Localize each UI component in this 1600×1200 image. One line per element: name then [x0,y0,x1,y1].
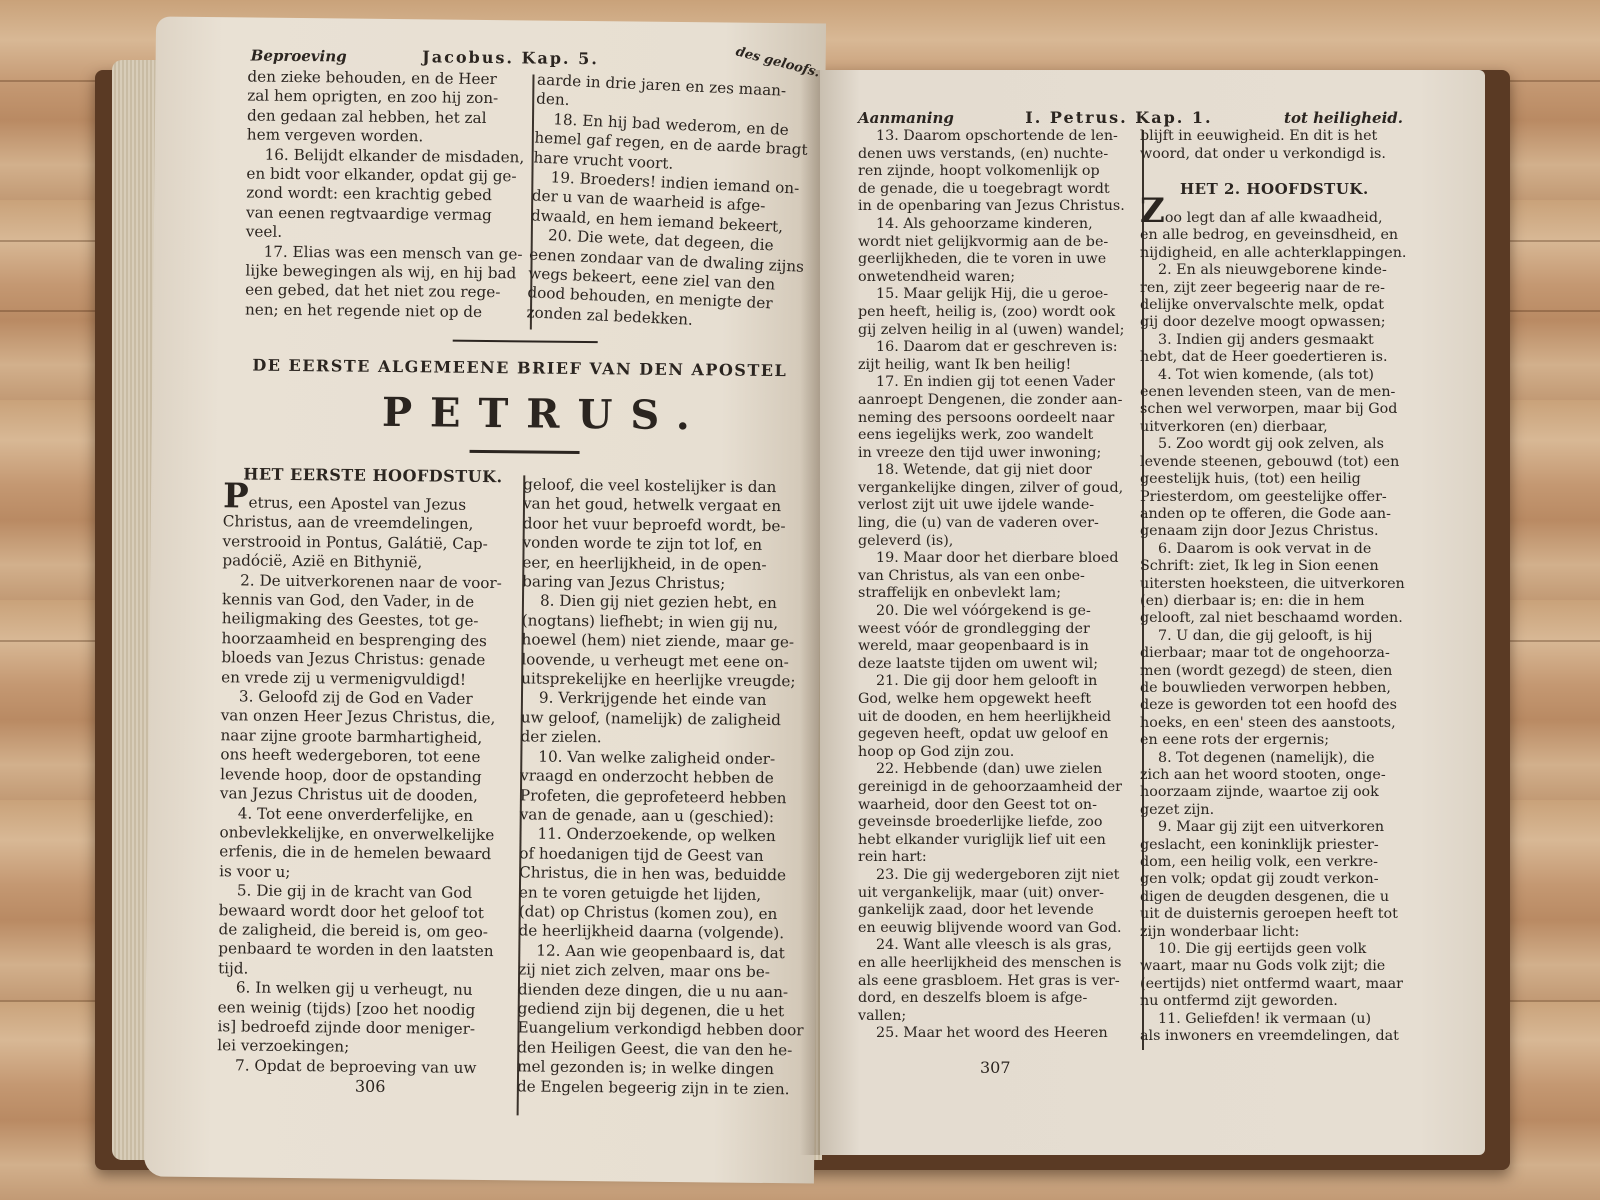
text-line: genaam zijn door Jezus Christus. [1140,523,1405,540]
verse-start-line: 17. En indien gij tot eenen Vader [858,374,1136,392]
ornamental-rule [470,450,580,454]
left-page: Beproeving Jacobus. Kap. 5. des geloofs.… [144,17,826,1184]
right-column-2-top: blijft in eeuwigheid. En dit is hetwoord… [1140,128,1405,163]
text-line: schen wel verworpen, maar bij God [1140,401,1405,418]
text-line: Priesterdom, om geestelijke offer- [1140,489,1405,506]
right-page: Aanmaning I. Petrus. Kap. 1. tot heiligh… [820,70,1485,1155]
verse-start-line: 5. Die gij in de kracht van God [219,881,509,903]
text-line: van eenen regtvaardige vermag [246,203,521,225]
verse-start-line: 25. Maar het woord des Heeren [858,1025,1136,1043]
text-line: van Jezus Christus uit de dooden, [220,784,510,806]
verse-start-line: 4. Tot wien komende, (als tot) [1140,367,1405,384]
text-line: vonden worde te zijn tot lof, en [522,534,812,556]
text-line: erfenis, die in de hemelen bewaard [219,843,509,865]
text-line: hebt elkander vuriglijk lief uit een [858,832,1136,850]
text-line: de Engelen begeerig zijn in te zien. [517,1077,807,1099]
verse-start-line: 13. Daarom opschortende de len- [858,128,1136,146]
text-line: zond wordt: een krachtig gebed [246,184,521,206]
text-line: levende steenen, gebouwd (tot) een [1140,454,1405,471]
verse-start-line: 14. Als gehoorzame kinderen, [858,216,1136,234]
drop-cap: Z [1140,191,1165,231]
text-line: mel gezonden is; in welke dingen [517,1058,807,1080]
text-line: hoorzaam zijnde, waartoe zij ook [1140,784,1405,801]
page-number: 306 [355,1077,386,1096]
text-line: de bouwlieden verworpen hebben, [1140,680,1405,697]
section-rule [453,340,598,344]
verse-start-line: 24. Want alle vleesch is als gras, [858,937,1136,955]
text-line: waart, maar nu Gods volk zijt; die [1140,958,1405,975]
running-head-right-label: tot heiligheid. [1284,109,1403,127]
text-line: uit de dooden, en hem heerlijkheid [858,709,1136,727]
text-line: geveinsde broederlijke liefde, zoo [858,814,1136,832]
verse-start-line: 11. Geliefden! ik vermaan (u) [1140,1011,1405,1028]
text-line: in vreeze den tijd uwer inwoning; [858,445,1136,463]
text-line: een gebed, dat het niet zou rege- [245,281,520,303]
drop-cap: P [223,476,249,516]
text-line: vraagd en onderzocht hebben de [520,766,810,788]
verse-start-line: 10. Die gij eertijds geen volk [1140,941,1405,958]
running-head-left: Beproeving Jacobus. Kap. 5. des geloofs. [251,46,821,71]
text-line: blijft in eeuwigheid. En dit is het [1140,128,1405,146]
text-line: nijdigheid, en alle achterklappingen. [1140,245,1405,262]
text-line: woord, dat onder u verkondigd is. [1140,146,1405,164]
text-line: zich aan het woord stooten, onge- [1140,767,1405,784]
verse-start-line: 2. En als nieuwgeborene kinde- [1140,262,1405,279]
running-head-right: Aanmaning I. Petrus. Kap. 1. tot heiligh… [858,108,1403,127]
text-line: straffelijk en onbevlekt lam; [858,585,1136,603]
book-title-line: DE EERSTE ALGEMEENE BRIEF VAN DEN APOSTE… [252,356,787,381]
text-line: gereinigd in de gehoorzaamheid der [858,779,1136,797]
text-line: van Christus, als van een onbe- [858,568,1136,586]
text-line: en eeuwig blijvende woord van God. [858,920,1136,938]
text-line: Christus, die in hen was, beduidde [519,863,809,885]
verse-start-line: 15. Maar gelijk Hij, die u geroe- [858,286,1136,304]
text-line: de genade, die u toegebragt wordt [858,181,1136,199]
verse-start-line: 20. Die wel vóórgekend is ge- [858,603,1136,621]
text-line: bloeds van Jezus Christus: genade [221,648,511,670]
text-line: hoeks, en een' steen des aanstoots, [1140,715,1405,732]
text-line: zijn wonderbaar licht: [1140,924,1405,941]
text-line: gelooft, zal niet beschaamd worden. [1140,610,1405,627]
text-line: ren, zijt zeer begeerig naar de re- [1140,280,1405,297]
text-line: gij zelven heilig in al (uwen) wandel; [858,322,1136,340]
text-line: delijke onvervalschte melk, opdat [1140,297,1405,314]
text-line: eens iegelijks werk, zoo wandelt [858,427,1136,445]
text-line: als inwoners en vreemdelingen, dat [1140,1028,1405,1045]
text-line: hem vergeven worden. [247,126,522,148]
text-line: aanroept Dengenen, die zonder aan- [858,392,1136,410]
running-head-book-chapter: Jacobus. Kap. 5. [422,47,599,68]
verse-start-line: 11. Onderzoekende, op welken [519,825,809,847]
text-line: als eene grasbloem. Het gras is ver- [858,973,1136,991]
text-line: hebt, dat de Heer goedertieren is. [1140,349,1405,366]
text-line: nen; en het regende niet op de [245,300,520,322]
text-line: ling, die (u) van de vaderen over- [858,515,1136,533]
text-line: Petrus, een Apostel van Jezus [223,487,513,515]
right-column-2: Zoo legt dan af alle kwaadheid,en alle b… [1140,202,1405,1046]
text-line: God, welke hem opgewekt heeft [858,691,1136,709]
text-line: geleverd (is), [858,533,1136,551]
chapter-heading-1: HET EERSTE HOOFDSTUK. [243,464,503,486]
page-number: 307 [980,1058,1011,1077]
text-line: uit vergankelijk, maar (uit) onver- [858,885,1136,903]
text-line: gegeven heeft, opdat uw geloof en [858,726,1136,744]
verse-start-line: 9. Maar gij zijt een uitverkoren [1140,819,1405,836]
verse-start-line: 8. Tot degenen (namelijk), die [1140,750,1405,767]
text-line: zal hem oprigten, en zoo hij zon- [247,87,522,109]
text-line: uitverkoren (en) dierbaar, [1140,419,1405,436]
jacobus-column-1: den zieke behouden, en de Heerzal hem op… [245,67,523,322]
verse-start-line: 6. In welken gij u verheugt, nu [218,978,508,1000]
text-line: dord, en deszelfs bloem is afge- [858,990,1136,1008]
text-line: verlost zijt uit uwe ijdele wande- [858,497,1136,515]
text-line: ren zijnde, hoopt volkomenlijk op [858,163,1136,181]
verse-start-line: 16. Daarom dat er geschreven is: [858,339,1136,357]
text-line: deze is geworden tot een hoofd des [1140,697,1405,714]
verse-start-line: 23. Die gij wedergeboren zijt niet [858,867,1136,885]
text-line: denen uws verstands, (en) nuchte- [858,146,1136,164]
text-line: anden op te offeren, die Gode aan- [1140,506,1405,523]
text-line: geestelijk huis, (tot) een heilig [1140,471,1405,488]
running-head-book-chapter: I. Petrus. Kap. 1. [1025,108,1212,127]
text-line: men (wordt gezegd) de steen, dien [1140,663,1405,680]
text-line: onwetendheid waren; [858,269,1136,287]
text-line: geslacht, een koninklijk priester- [1140,837,1405,854]
verse-start-line: 3. Indien gij anders gesmaakt [1140,332,1405,349]
text-line: uitersten hoeksteen, die uitverkoren [1140,576,1405,593]
text-line: dom, een heilig volk, een verkre- [1140,854,1405,871]
text-line: en alle heerlijkheid des menschen is [858,955,1136,973]
text-line: zij niet zich zelven, maar ons be- [518,961,808,983]
text-line: digen de deugden desgenen, die u [1140,889,1405,906]
text-line: zijt heilig, want Ik ben heilig! [858,357,1136,375]
text-line: vallen; [858,1008,1136,1026]
verse-start-line: 22. Hebbende (dan) uwe zielen [858,761,1136,779]
text-line: Schrift: ziet, Ik leg in Sion eenen [1140,558,1405,575]
text-line: penbaard te worden in den laatsten [218,940,508,962]
running-head-left-label: Aanmaning [858,109,954,127]
verse-start-line: 21. Die gij door hem gelooft in [858,673,1136,691]
text-line: vergankelijke dingen, zilver of goud, [858,480,1136,498]
text-line: gezet zijn. [1140,802,1405,819]
verse-start-line: 18. Wetende, dat gij niet door [858,462,1136,480]
text-line: ons heeft wedergeboren, tot eene [220,746,510,768]
verse-start-line: 7. U dan, die gij gelooft, is hij [1140,628,1405,645]
text-line: weest vóór de grondlegging der [858,621,1136,639]
text-line: (eertijds) niet ontfermd waart, maar [1140,976,1405,993]
text-line: (en) dierbaar is; en: die in hem [1140,593,1405,610]
text-line: uit de duisternis geroepen heeft tot [1140,906,1405,923]
petrus-column-2: geloof, die veel kostelijker is danvan h… [517,475,813,1099]
text-line: nu ontfermd zijt geworden. [1140,993,1405,1010]
text-line: in de openbaring van Jezus Christus. [858,198,1136,216]
text-line: der zielen. [520,728,810,750]
running-head-left-label: Beproeving [251,47,347,66]
text-line: wordt niet gelijkvormig aan de be- [858,234,1136,252]
text-line: gij door dezelve moogt opwassen; [1140,314,1405,331]
verse-start-line: 19. Maar door het dierbare bloed [858,550,1136,568]
text-line: rein hart: [858,849,1136,867]
book-title-name: PETRUS. [382,389,708,439]
text-line: dierbaar; maar tot de ongehoorza- [1140,645,1405,662]
chapter-heading-2: HET 2. HOOFDSTUK. [1180,180,1369,198]
text-line: geerlijkheden, die te voren in uwe [858,251,1136,269]
text-line: gen volk; opdat gij zoudt verkon- [1140,871,1405,888]
text-line: Zoo legt dan af alle kwaadheid, [1140,202,1405,227]
verse-start-line: 7. Opdat de beproeving van uw [217,1056,507,1078]
text-line: pen heeft, heilig is, (zoo) wordt ook [858,304,1136,322]
verse-start-line: 6. Daarom is ook vervat in de [1140,541,1405,558]
text-line: hoop op God zijn zou. [858,744,1136,762]
text-line: deze laatste tijden om uwent wil; [858,656,1136,674]
right-column-1: 13. Daarom opschortende de len-denen uws… [858,128,1136,1043]
text-line: de heerlijkheid daarna (volgende). [518,922,808,944]
text-line: gankelijk zaad, door het levende [858,902,1136,920]
text-line: eenen levenden steen, van de men- [1140,384,1405,401]
text-line: hoewel (hem) niet ziende, maar ge- [521,631,811,653]
text-line: en eene rots der ergernis; [1140,732,1405,749]
petrus-column-1: Petrus, een Apostel van JezusChristus, a… [217,487,513,1078]
text-line: padócië, Azië en Bithynië, [222,551,512,573]
text-line: neming des persoons oordeelt naar [858,410,1136,428]
text-line: waarheid, door den Geest tot on- [858,797,1136,815]
text-line: en alle bedrog, en geveinsdheid, en [1140,227,1405,244]
verse-start-line: 5. Zoo wordt gij ook zelven, als [1140,436,1405,453]
text-line: wereld, maar geopenbaard is in [858,638,1136,656]
jacobus-column-2: aarde in drie jaren en zes maan-den.18. … [526,71,822,336]
